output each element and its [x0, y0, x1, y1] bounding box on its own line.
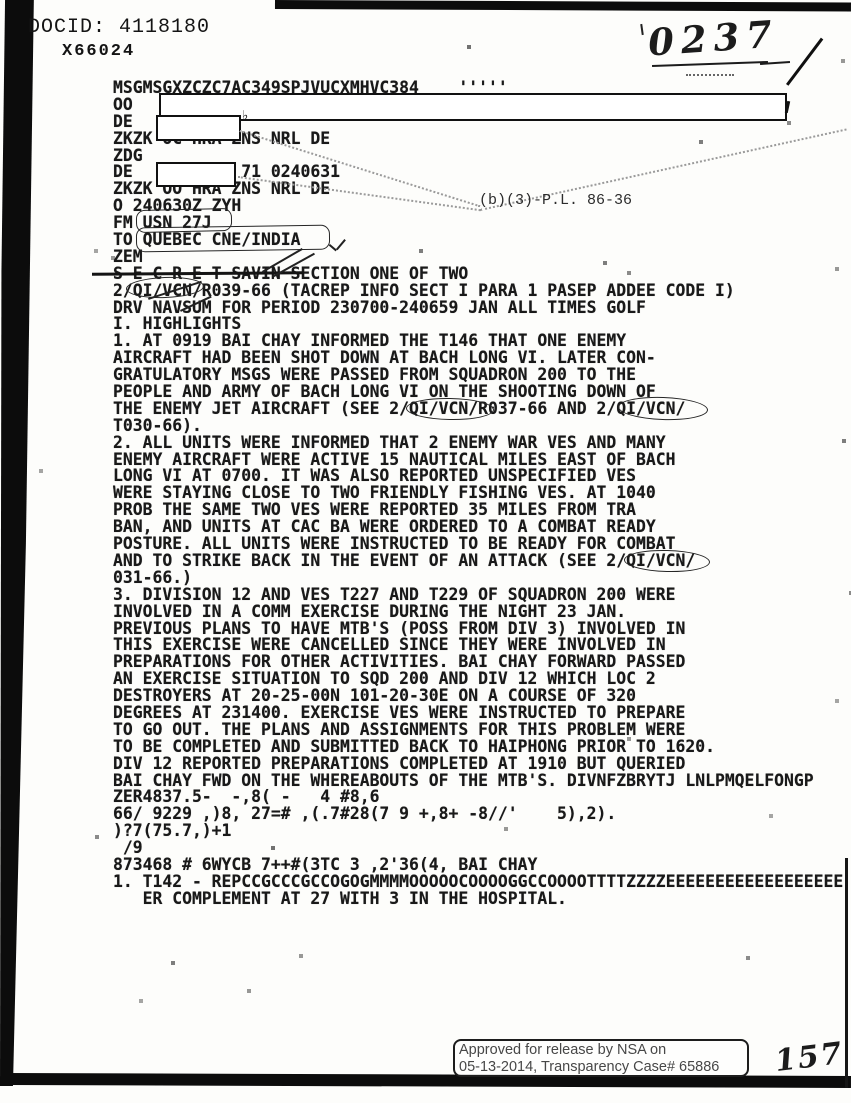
typed-line-garble: )?7(75.7,)+1	[113, 823, 851, 840]
release-stamp-line1: Approved for release by NSA on	[459, 1042, 743, 1059]
scan-edge-left-strip	[0, 0, 36, 1086]
release-stamp-line2: 05-13-2014, Transparency Case# 65886	[459, 1059, 743, 1076]
redaction-citation: (b)(3)-P.L. 86-36	[479, 192, 632, 209]
redaction-box	[159, 93, 787, 121]
handwritten-slash-mark	[786, 38, 823, 86]
handwriting-tick-mark	[640, 24, 644, 35]
docid-label: DOCID: 4118180	[28, 16, 210, 39]
scan-specks	[0, 0, 2, 2]
typed-line: ER COMPLEMENT AT 27 WITH 3 IN THE HOSPIT…	[113, 891, 851, 908]
handwritten-page-number: 0237	[647, 11, 781, 64]
handwritten-serial-number: 157	[773, 1036, 845, 1079]
typed-line: INVOLVED IN A COMM EXERCISE DURING THE N…	[113, 604, 851, 621]
handwritten-dots	[686, 74, 734, 76]
redaction-box	[156, 162, 236, 187]
typed-line: AND TO STRIKE BACK IN THE EVENT OF AN AT…	[113, 553, 851, 570]
file-number: X66024	[62, 42, 135, 61]
typed-line: DIV 12 REPORTED PREPARATIONS COMPLETED A…	[113, 756, 851, 773]
scan-edge-top-bar	[275, 0, 851, 12]
redaction-box	[156, 115, 241, 141]
scanned-document-page: DOCID: 4118180 X66024 0237 MSGMSGXZCZC7A…	[0, 0, 851, 1103]
release-stamp: Approved for release by NSA on 05-13-201…	[453, 1039, 749, 1077]
handwriting-flat-mark: ♭	[241, 108, 249, 124]
